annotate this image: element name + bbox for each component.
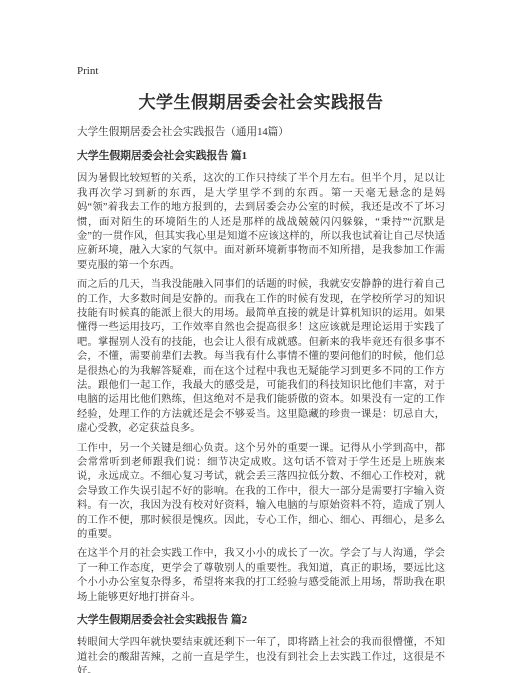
- report-section: 大学生假期居委会社会实践报告 篇2 转眼间大学四年就快要结束就还剩下一年了，即将…: [77, 613, 445, 673]
- page-title: 大学生假期居委会社会实践报告: [77, 93, 445, 113]
- article-body: 大学生假期居委会社会实践报告 篇1 因为暑假比较短暂的关系，这次的工作只持续了半…: [77, 149, 445, 673]
- report-section: 大学生假期居委会社会实践报告 篇1 因为暑假比较短暂的关系，这次的工作只持续了半…: [77, 149, 445, 605]
- body-paragraph: 工作中，另一个关键是细心负责。这个另外的重要一课。记得从小学到高中，都会常常听到…: [77, 442, 445, 543]
- body-paragraph: 转眼间大学四年就快要结束就还剩下一年了，即将踏上社会的我而很懵懂，不知道社会的酸…: [77, 636, 445, 673]
- document-page: Print 大学生假期居委会社会实践报告 大学生假期居委会社会实践报告（通用14…: [0, 0, 520, 673]
- section-heading: 大学生假期居委会社会实践报告 篇1: [77, 149, 445, 164]
- body-paragraph: 在这半个月的社会实践工作中，我又小小的成长了一次。学会了与人沟通，学会了一种工作…: [77, 547, 445, 605]
- body-paragraph: 而之后的几天，当我没能融入同事们的话题的时候，我就安安静静的进行着自己的工作，大…: [77, 278, 445, 436]
- section-heading: 大学生假期居委会社会实践报告 篇2: [77, 613, 445, 628]
- print-link[interactable]: Print: [77, 65, 98, 77]
- body-paragraph: 因为暑假比较短暂的关系，这次的工作只持续了半个月左右。但半个月，足以让我再次学习…: [77, 172, 445, 273]
- document-subtitle: 大学生假期居委会社会实践报告（通用14篇）: [77, 126, 445, 141]
